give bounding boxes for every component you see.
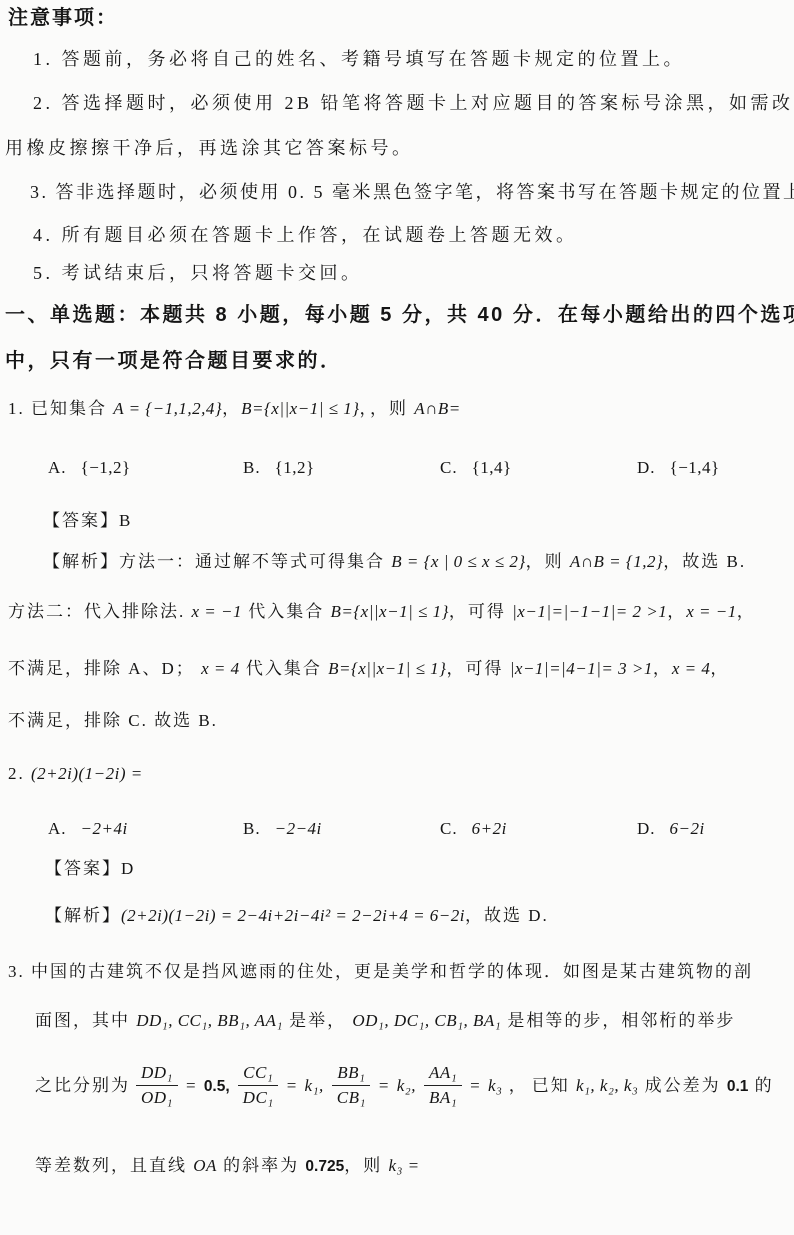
text-segment: 3. 中国的古建筑不仅是挡风遮雨的住处，更是美学和哲学的体现．如图是某古建筑物的… — [8, 962, 753, 981]
q1-solution-line2: 方法二：代入排除法. x = −1 代入集合 B={x||x−1| ≤ 1}，可… — [8, 601, 756, 622]
text-segment: 代入集合 — [242, 602, 331, 621]
text-segment: B={x||x−1| ≤ 1} — [331, 602, 449, 621]
q1-option-a: A.{−1,2} — [48, 457, 131, 478]
text-segment: B = {x | 0 ≤ x ≤ 2} — [391, 552, 525, 571]
text-segment: k₁, k₂, k₃ — [576, 1076, 638, 1095]
fraction-aa1-ba1: AA₁ BA₁ — [424, 1062, 462, 1109]
text-segment: A∩B= — [414, 399, 461, 418]
text-segment: k₃ = — [388, 1156, 419, 1175]
text-segment: ，可得 — [449, 602, 512, 621]
text-segment: 0.725 — [305, 1158, 344, 1175]
q2-answer-value: D — [121, 859, 135, 878]
notice-item-2-line2: 用橡皮擦擦干净后，再选涂其它答案标号。 — [5, 137, 414, 160]
question-3-line1: 3. 中国的古建筑不仅是挡风遮雨的住处，更是美学和哲学的体现．如图是某古建筑物的… — [8, 961, 753, 982]
text-segment: 代入集合 — [240, 659, 329, 678]
notice-item-1: 1. 答题前，务必将自己的姓名、考籍号填写在答题卡规定的位置上。 — [33, 48, 685, 71]
q2-answer-label: 【答案】 — [45, 859, 121, 878]
fraction-numerator: BB₁ — [332, 1062, 370, 1086]
text-segment: ， — [737, 602, 756, 621]
fraction-numerator: DD₁ — [136, 1062, 178, 1086]
text-segment: 不满足，排除 A、D； — [8, 659, 201, 678]
q2-answer-line: 【答案】D — [45, 858, 135, 879]
text-segment: = — [470, 1076, 488, 1095]
text-segment: 的 — [748, 1076, 773, 1095]
q1-option-b-label: B. — [243, 458, 261, 477]
question-3-line4: 等差数列，且直线 OA 的斜率为 0.725，则 k₃ = — [35, 1155, 420, 1176]
fraction-numerator: CC₁ — [238, 1062, 278, 1086]
text-segment: = — [287, 1076, 305, 1095]
text-segment: 【解析】 — [45, 906, 121, 925]
text-segment: 成公差为 — [638, 1076, 727, 1095]
fraction-bb1-cb1: BB₁ CB₁ — [332, 1062, 371, 1109]
text-segment: ， — [222, 399, 241, 418]
exam-document-page: 注意事项： 1. 答题前，务必将自己的姓名、考籍号填写在答题卡规定的位置上。 2… — [0, 0, 794, 1235]
text-segment: ，，则 — [360, 399, 415, 418]
question-2-stem: 2. (2+2i)(1−2i) = — [8, 763, 143, 784]
notice-item-3: 3. 答非选择题时，必须使用 0. 5 毫米黑色签字笔，将答案书写在答题卡规定的… — [30, 181, 794, 204]
fraction-denominator: BA₁ — [424, 1086, 462, 1109]
text-segment: ，可得 — [446, 659, 509, 678]
q3-ratio-eq-2: = k₁, — [287, 1075, 324, 1096]
text-segment: A∩B = {1,2} — [570, 552, 663, 571]
text-segment: 1. 已知集合 — [8, 399, 113, 418]
q2-option-a: A.−2+4i — [48, 818, 128, 839]
q1-option-c-label: C. — [440, 458, 458, 477]
text-segment: |x−1|=|−1−1|= 2 >1 — [512, 602, 667, 621]
fraction-denominator: CB₁ — [332, 1086, 371, 1109]
text-segment: = — [379, 1076, 397, 1095]
q2-option-d: D.6−2i — [637, 818, 705, 839]
question-1-stem: 1. 已知集合 A = {−1,1,2,4}，B={x||x−1| ≤ 1}，，… — [8, 398, 461, 419]
text-segment: = — [186, 1076, 204, 1095]
fraction-denominator: DC₁ — [238, 1086, 279, 1109]
q2-option-c-label: C. — [440, 819, 458, 838]
text-segment: 是相等的步，相邻桁的举步 — [501, 1011, 735, 1030]
q1-option-b: B.{1,2} — [243, 457, 315, 478]
section-heading-line1: 一、单选题：本题共 8 小题，每小题 5 分，共 40 分．在每小题给出的四个选… — [5, 303, 794, 328]
text-segment: ，则 — [526, 552, 570, 571]
section-heading-line2: 中，只有一项是符合题目要求的． — [5, 349, 343, 374]
text-segment: A = {−1,1,2,4} — [113, 399, 222, 418]
text-segment: 方法二：代入排除法. — [8, 602, 192, 621]
text-segment: 面图，其中 — [35, 1011, 136, 1030]
text-segment: x = −1 — [686, 602, 737, 621]
text-segment: 不满足，排除 C. 故选 B. — [8, 711, 218, 730]
text-segment: 等差数列，且直线 — [35, 1156, 193, 1175]
q1-solution-line4: 不满足，排除 C. 故选 B. — [8, 710, 218, 731]
notice-item-4: 4. 所有题目必须在答题卡上作答，在试题卷上答题无效。 — [33, 224, 578, 247]
text-segment: ， — [502, 1076, 527, 1095]
q2-option-b-value: −2−4i — [275, 819, 322, 838]
q3-ratio-suffix: 已知 k₁, k₂, k₃ 成公差为 0.1 的 — [532, 1075, 774, 1096]
text-segment: ， — [653, 659, 672, 678]
text-segment: B={x||x−1| ≤ 1} — [241, 399, 359, 418]
text-segment: 的斜率为 — [217, 1156, 306, 1175]
q2-solution-line: 【解析】(2+2i)(1−2i) = 2−4i+2i−4i² = 2−2i+4 … — [45, 905, 549, 926]
fraction-dd1-od1: DD₁ OD₁ — [136, 1062, 178, 1109]
text-segment: OD₁, DC₁, CB₁, BA₁ — [352, 1011, 501, 1030]
text-segment: 0.5, — [204, 1078, 230, 1095]
fraction-denominator: OD₁ — [136, 1086, 178, 1109]
text-segment: ，故选 D. — [465, 906, 549, 925]
q1-answer-value: B — [119, 511, 132, 530]
q1-option-a-value: {−1,2} — [81, 458, 131, 477]
text-segment: 是举， — [283, 1011, 353, 1030]
notice-item-5: 5. 考试结束后，只将答题卡交回。 — [33, 262, 363, 285]
text-segment: OA — [193, 1156, 217, 1175]
q1-answer-label: 【答案】 — [43, 511, 119, 530]
q2-option-b-label: B. — [243, 819, 261, 838]
q1-option-d: D.{−1,4} — [637, 457, 720, 478]
q1-option-d-label: D. — [637, 458, 656, 477]
q3-ratio-eq-3: = k₂, — [379, 1075, 416, 1096]
q2-option-c: C.6+2i — [440, 818, 507, 839]
text-segment: ，则 — [344, 1156, 388, 1175]
notice-item-2-line1: 2. 答选择题时，必须使用 2B 铅笔将答题卡上对应题目的答案标号涂黑，如需改动… — [33, 92, 794, 115]
text-segment: (2+2i)(1−2i) = 2−4i+2i−4i² = 2−2i+4 = 6−… — [121, 906, 465, 925]
text-segment: 0.1 — [727, 1078, 749, 1095]
question-3-line2: 面图，其中 DD₁, CC₁, BB₁, AA₁ 是举， OD₁, DC₁, C… — [35, 1010, 735, 1031]
fraction-cc1-dc1: CC₁ DC₁ — [238, 1062, 279, 1109]
q2-option-a-value: −2+4i — [81, 819, 128, 838]
text-segment: DD₁, CC₁, BB₁, AA₁ — [136, 1011, 283, 1030]
q2-option-c-value: 6+2i — [472, 819, 507, 838]
q3-ratio-eq-4: = k₃ ， — [470, 1075, 528, 1096]
text-segment: ，故选 B. — [663, 552, 746, 571]
text-segment: ， — [667, 602, 686, 621]
q1-answer-line: 【答案】B — [43, 510, 132, 531]
text-segment: x = 4 — [201, 659, 240, 678]
text-segment: 【解析】方法一：通过解不等式可得集合 — [43, 552, 391, 571]
text-segment: x = 4 — [672, 659, 711, 678]
q1-solution-line3: 不满足，排除 A、D； x = 4 代入集合 B={x||x−1| ≤ 1}，可… — [8, 658, 729, 679]
q2-option-a-label: A. — [48, 819, 67, 838]
notice-title: 注意事项： — [8, 6, 118, 31]
text-segment: k₁, — [305, 1076, 324, 1095]
question-3-ratio-line: 之比分别为 DD₁ OD₁ = 0.5, CC₁ DC₁ = k₁, BB₁ C… — [35, 1062, 776, 1109]
text-segment: ， — [710, 659, 729, 678]
text-segment: 已知 — [532, 1076, 576, 1095]
q1-option-b-value: {1,2} — [275, 458, 315, 477]
text-segment: k₃ — [488, 1076, 502, 1095]
text-segment: k₂, — [397, 1076, 416, 1095]
q3-ratio-prefix: 之比分别为 — [35, 1075, 130, 1096]
q1-option-a-label: A. — [48, 458, 67, 477]
text-segment: 2. — [8, 764, 31, 783]
text-segment: |x−1|=|4−1|= 3 >1 — [510, 659, 653, 678]
q1-option-c-value: {1,4} — [472, 458, 512, 477]
text-segment: (2+2i)(1−2i) = — [31, 764, 143, 783]
q3-ratio-eq-1: = 0.5, — [186, 1075, 230, 1096]
q2-option-d-value: 6−2i — [670, 819, 705, 838]
fraction-numerator: AA₁ — [424, 1062, 462, 1086]
q2-option-b: B.−2−4i — [243, 818, 322, 839]
text-segment: x = −1 — [192, 602, 243, 621]
q1-option-d-value: {−1,4} — [670, 458, 720, 477]
q2-option-d-label: D. — [637, 819, 656, 838]
q1-solution-line1: 【解析】方法一：通过解不等式可得集合 B = {x | 0 ≤ x ≤ 2}，则… — [43, 551, 746, 572]
q1-option-c: C.{1,4} — [440, 457, 512, 478]
text-segment: B={x||x−1| ≤ 1} — [328, 659, 446, 678]
